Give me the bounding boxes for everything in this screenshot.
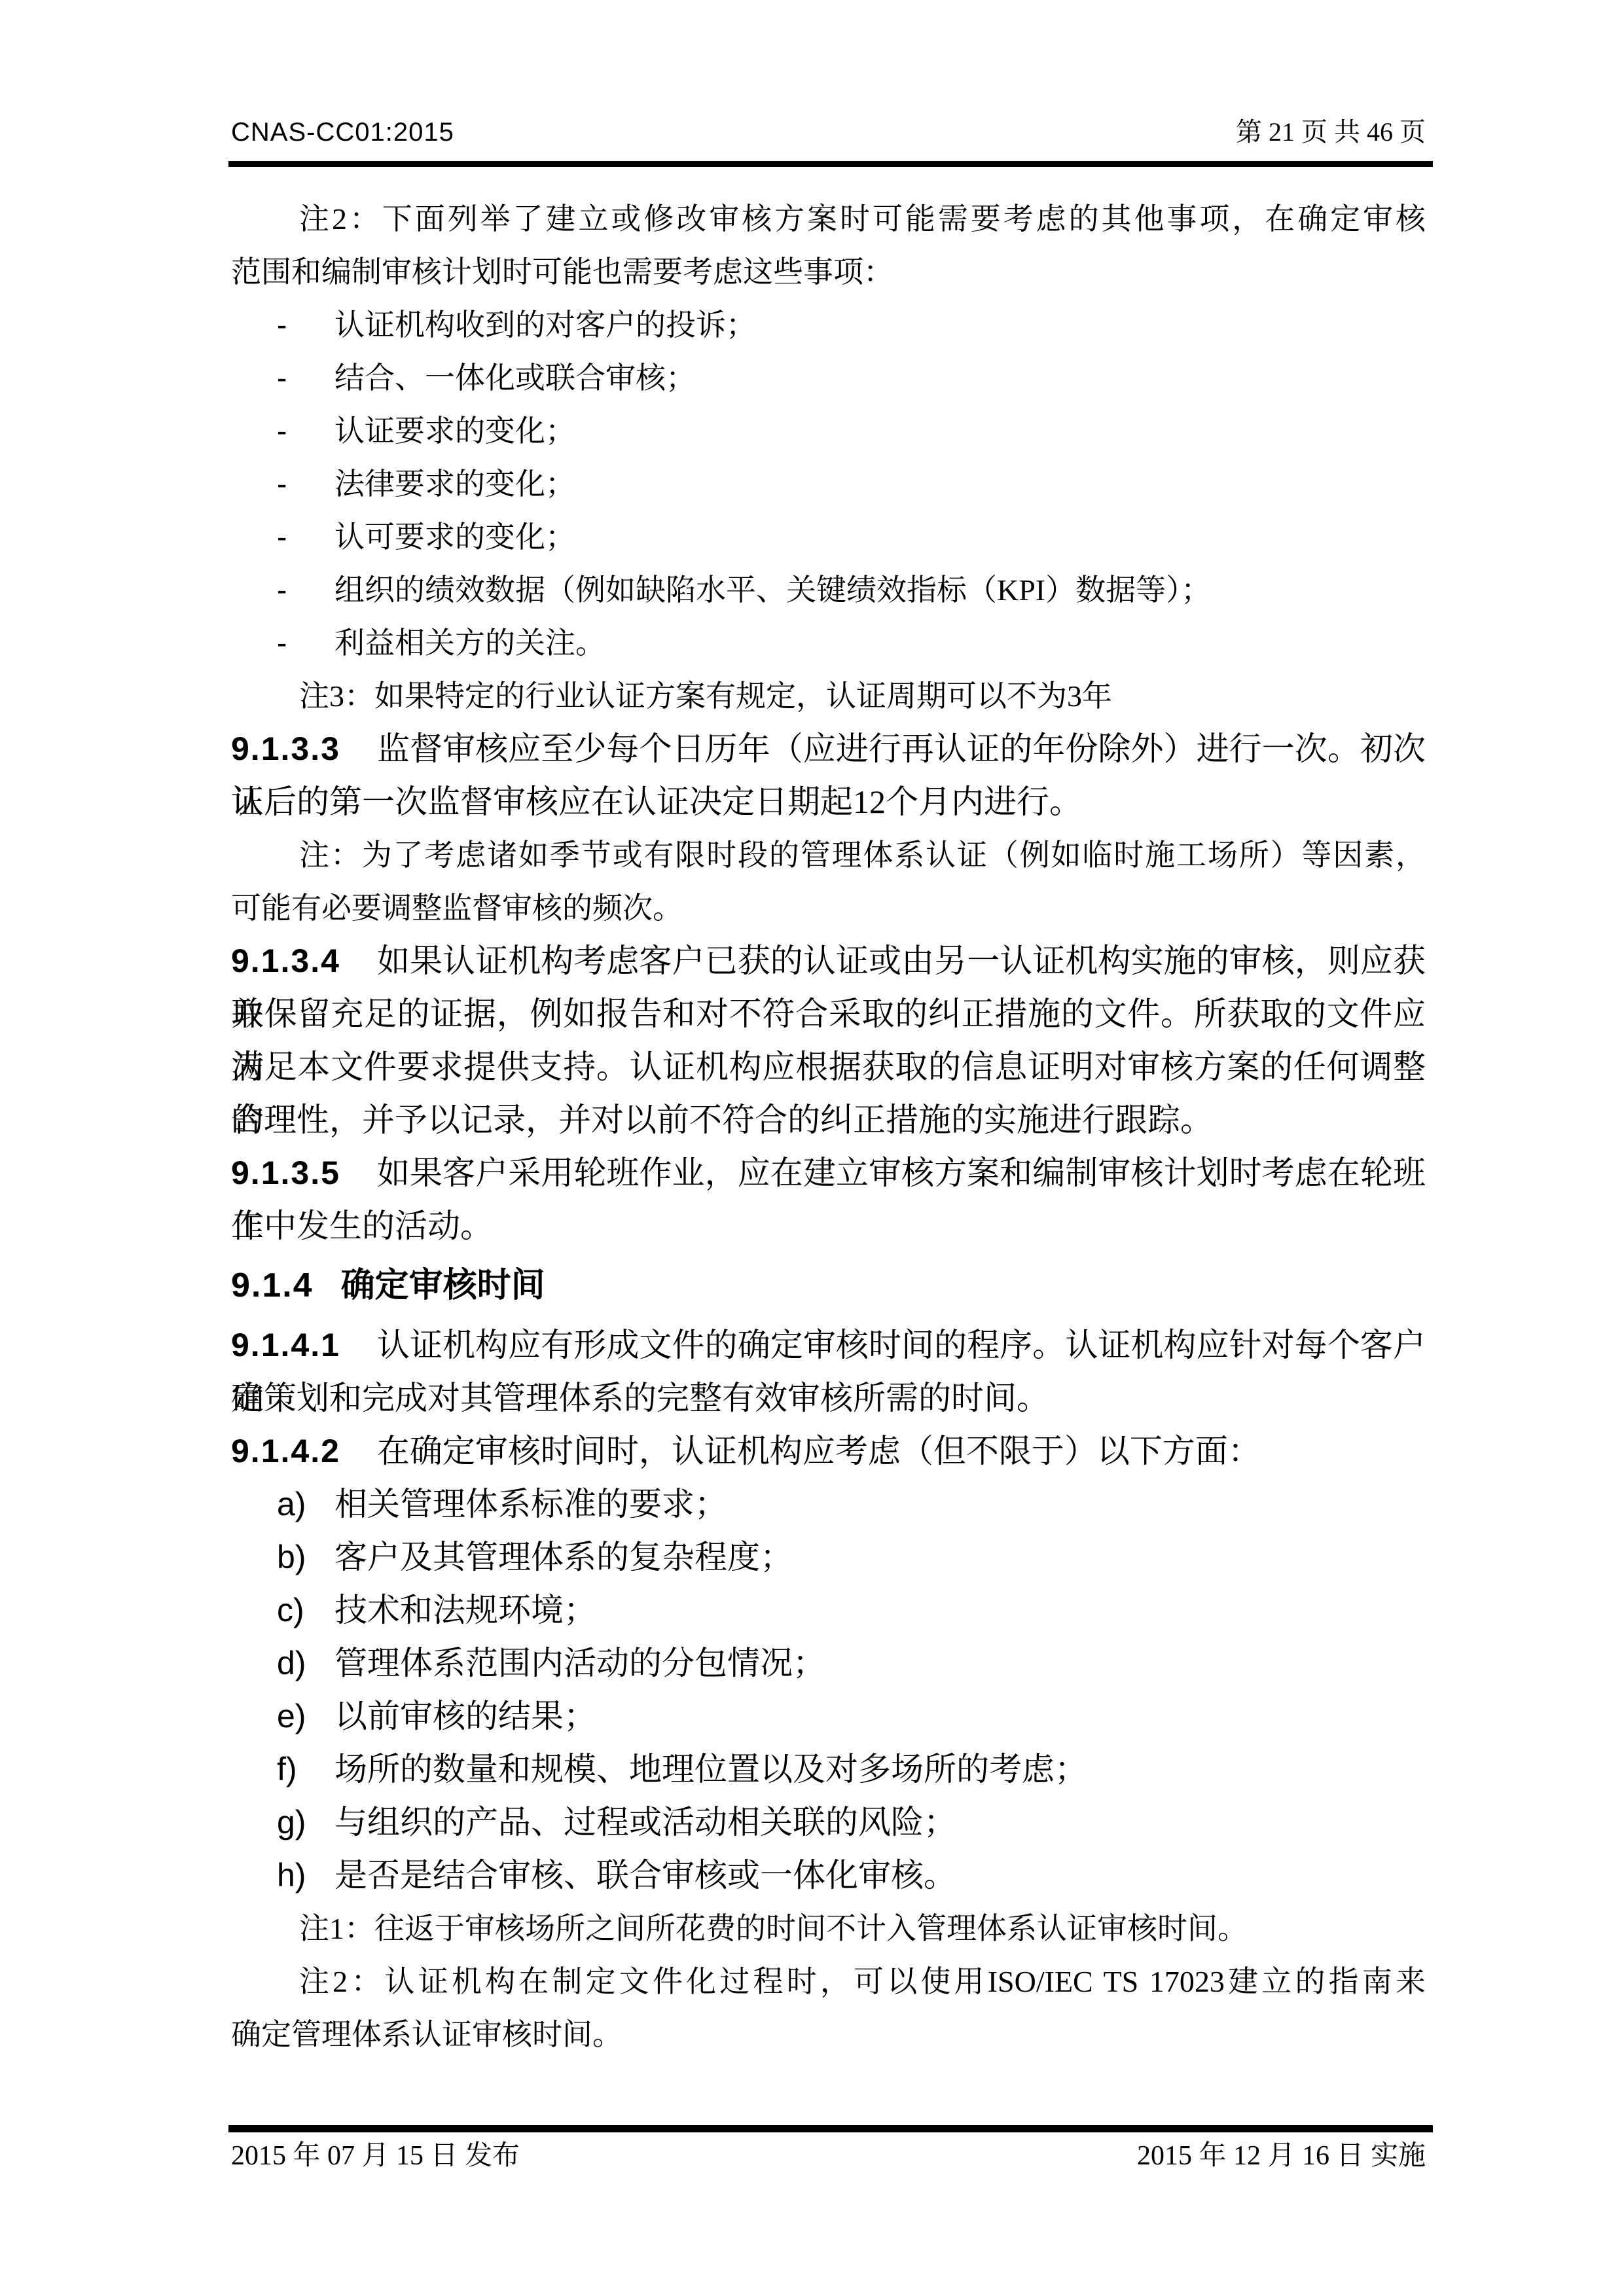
line-text: 结合、一体化或联合审核； <box>334 361 696 395</box>
header-doc-code: CNAS-CC01:2015 <box>231 115 454 149</box>
line-text: 注3：如果特定的行业认证方案有规定，认证周期可以不为3年 <box>299 679 1112 713</box>
section-number: 9.1.3.4 <box>231 942 340 979</box>
list-marker: - <box>277 298 334 351</box>
footer-divider <box>228 2125 1433 2132</box>
footer-implement-date: 2015 年 12 月 16 日 实施 <box>1137 2138 1426 2174</box>
list-marker: a) <box>277 1478 334 1531</box>
line-text: 范围和编制审核计划时可能也需要考虑这些事项： <box>231 255 893 289</box>
text-line: 定策划和完成对其管理体系的完整有效审核所需的时间。 <box>231 1372 1426 1425</box>
line-text: 技术和法规环境； <box>334 1592 596 1628</box>
note-line: 范围和编制审核计划时可能也需要考虑这些事项： <box>231 245 1426 298</box>
note-line: 可能有必要调整监督审核的频次。 <box>231 882 1426 935</box>
list-item-line: b)客户及其管理体系的复杂程度； <box>231 1531 1426 1584</box>
note-line: 注：为了考虑诸如季节或有限时段的管理体系认证（例如临时施工场所）等因素， <box>231 829 1426 882</box>
note-line: 注1：往返于审核场所之间所花费的时间不计入管理体系认证审核时间。 <box>231 1902 1426 1955</box>
line-text: 认可要求的变化； <box>334 520 575 554</box>
section-line: 9.1.4.1认证机构应有形成文件的确定审核时间的程序。认证机构应针对每个客户确 <box>231 1319 1426 1372</box>
list-marker: - <box>277 351 334 404</box>
text-line: 合理性，并予以记录，并对以前不符合的纠正措施的实施进行跟踪。 <box>231 1094 1426 1147</box>
footer-issue-date: 2015 年 07 月 15 日 发布 <box>231 2138 520 2174</box>
note-line: 注2：下面列举了建立或修改审核方案时可能需要考虑的其他事项，在确定审核 <box>231 192 1426 245</box>
line-text: 与组织的产品、过程或活动相关联的风险； <box>334 1804 956 1840</box>
document-body: 注2：下面列举了建立或修改审核方案时可能需要考虑的其他事项，在确定审核范围和编制… <box>231 192 1426 2061</box>
line-text: 认证机构收到的对客户的投诉； <box>334 308 756 342</box>
line-text: 以前审核的结果； <box>334 1698 596 1734</box>
list-item-line: a)相关管理体系标准的要求； <box>231 1478 1426 1531</box>
page-header: CNAS-CC01:2015 第 21 页 共 46 页 <box>231 115 1426 149</box>
list-marker: - <box>277 404 334 457</box>
list-item-line: -利益相关方的关注。 <box>231 617 1426 670</box>
line-text: 客户及其管理体系的复杂程度； <box>334 1539 793 1575</box>
section-number: 9.1.4.1 <box>231 1327 340 1363</box>
list-item-line: d)管理体系范围内活动的分包情况； <box>231 1637 1426 1690</box>
heading-line: 9.1.4确定审核时间 <box>231 1259 1426 1312</box>
text-line: 满足本文件要求提供支持。认证机构应根据获取的信息证明对审核方案的任何调整的 <box>231 1041 1426 1094</box>
line-text: 利益相关方的关注。 <box>334 626 605 660</box>
section-line: 9.1.4.2在确定审核时间时，认证机构应考虑（但不限于）以下方面： <box>231 1425 1426 1478</box>
list-marker: - <box>277 564 334 617</box>
line-text: 注2：下面列举了建立或修改审核方案时可能需要考虑的其他事项，在确定审核 <box>299 202 1426 236</box>
line-text: 法律要求的变化； <box>334 467 575 501</box>
header-divider <box>228 161 1433 167</box>
line-text: 组织的绩效数据（例如缺陷水平、关键绩效指标（KPI）数据等）； <box>334 573 1211 607</box>
list-marker: c) <box>277 1584 334 1637</box>
line-text: 合理性，并予以记录，并对以前不符合的纠正措施的实施进行跟踪。 <box>231 1102 1213 1138</box>
note-line: 注2：认证机构在制定文件化过程时，可以使用ISO/IEC TS 17023建立的… <box>231 1955 1426 2008</box>
section-line: 9.1.3.5如果客户采用轮班作业，应在建立审核方案和编制审核计划时考虑在轮班工 <box>231 1147 1426 1200</box>
line-text: 相关管理体系标准的要求； <box>334 1486 727 1522</box>
list-marker: f) <box>277 1743 334 1796</box>
note-line: 确定管理体系认证审核时间。 <box>231 2008 1426 2061</box>
list-item-line: e)以前审核的结果； <box>231 1690 1426 1743</box>
list-item-line: -法律要求的变化； <box>231 457 1426 511</box>
list-marker: - <box>277 457 334 511</box>
list-item-line: h)是否是结合审核、联合审核或一体化审核。 <box>231 1849 1426 1902</box>
line-text: 是否是结合审核、联合审核或一体化审核。 <box>334 1857 956 1893</box>
list-item-line: c)技术和法规环境； <box>231 1584 1426 1637</box>
line-text: 场所的数量和规模、地理位置以及对多场所的考虑； <box>334 1751 1087 1787</box>
list-item-line: f)场所的数量和规模、地理位置以及对多场所的考虑； <box>231 1743 1426 1796</box>
header-page-number: 第 21 页 共 46 页 <box>1236 115 1426 149</box>
list-marker: - <box>277 617 334 670</box>
line-text: 定策划和完成对其管理体系的完整有效审核所需的时间。 <box>231 1380 1049 1416</box>
list-item-line: -认可要求的变化； <box>231 511 1426 564</box>
section-number: 9.1.4.2 <box>231 1433 340 1469</box>
list-item-line: -组织的绩效数据（例如缺陷水平、关键绩效指标（KPI）数据等）； <box>231 564 1426 617</box>
line-text: 确定审核时间 <box>341 1266 545 1304</box>
section-number: 9.1.3.5 <box>231 1155 340 1191</box>
line-text: 可能有必要调整监督审核的频次。 <box>231 891 683 925</box>
line-text: 注1：往返于审核场所之间所花费的时间不计入管理体系认证审核时间。 <box>299 1912 1248 1945</box>
line-text: 证后的第一次监督审核应在认证决定日期起12个月内进行。 <box>231 783 1082 820</box>
text-line: 作中发生的活动。 <box>231 1200 1426 1253</box>
document-page: CNAS-CC01:2015 第 21 页 共 46 页 注2：下面列举了建立或… <box>0 0 1624 2296</box>
section-number: 9.1.3.3 <box>231 730 340 767</box>
list-item-line: -认证要求的变化； <box>231 404 1426 457</box>
list-marker: b) <box>277 1531 334 1584</box>
page-footer: 2015 年 07 月 15 日 发布 2015 年 12 月 16 日 实施 <box>231 2138 1426 2174</box>
line-text: 确定管理体系认证审核时间。 <box>231 2018 623 2051</box>
line-text: 在确定审核时间时，认证机构应考虑（但不限于）以下方面： <box>377 1433 1261 1469</box>
line-text: 认证要求的变化； <box>334 414 575 448</box>
list-marker: d) <box>277 1637 334 1690</box>
line-text: 注2：认证机构在制定文件化过程时，可以使用ISO/IEC TS 17023建立的… <box>299 1965 1426 1998</box>
list-item-line: -认证机构收到的对客户的投诉； <box>231 298 1426 351</box>
line-text: 管理体系范围内活动的分包情况； <box>334 1645 825 1681</box>
section-number: 9.1.4 <box>231 1266 314 1304</box>
section-line: 9.1.3.3监督审核应至少每个日历年（应进行再认证的年份除外）进行一次。初次认 <box>231 723 1426 776</box>
list-marker: g) <box>277 1796 334 1849</box>
text-line: 证后的第一次监督审核应在认证决定日期起12个月内进行。 <box>231 776 1426 829</box>
line-text: 注：为了考虑诸如季节或有限时段的管理体系认证（例如临时施工场所）等因素， <box>299 838 1426 872</box>
list-marker: - <box>277 511 334 564</box>
list-item-line: g)与组织的产品、过程或活动相关联的风险； <box>231 1796 1426 1849</box>
list-marker: e) <box>277 1690 334 1743</box>
text-line: 并保留充足的证据，例如报告和对不符合采取的纠正措施的文件。所获取的文件应为 <box>231 988 1426 1041</box>
note-line: 注3：如果特定的行业认证方案有规定，认证周期可以不为3年 <box>231 670 1426 723</box>
line-text: 作中发生的活动。 <box>231 1208 493 1244</box>
list-marker: h) <box>277 1849 334 1902</box>
section-line: 9.1.3.4如果认证机构考虑客户已获的认证或由另一认证机构实施的审核，则应获取 <box>231 935 1426 988</box>
list-item-line: -结合、一体化或联合审核； <box>231 351 1426 404</box>
